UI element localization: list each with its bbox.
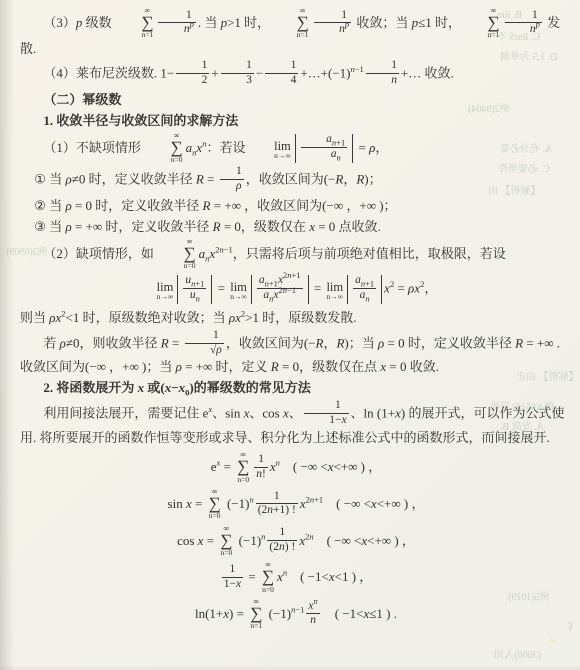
- text: =: [214, 281, 228, 296]
- radicand: ρ: [216, 343, 222, 356]
- sigma-icon: ∑: [147, 140, 183, 156]
- fraction: 1n: [366, 59, 399, 88]
- text: ② 当: [34, 198, 65, 213]
- text: = +∞ ，收敛区间为(−∞ ，+∞ )；: [211, 198, 397, 213]
- denominator: n: [306, 613, 319, 628]
- lim-subscript: n→∞: [230, 293, 247, 301]
- fraction: 11−x: [304, 399, 349, 428]
- text: ( −∞ <: [323, 496, 371, 511]
- text: 1: [246, 59, 252, 71]
- denominator: √ρ: [185, 343, 224, 358]
- absolute-value: un+1un: [177, 275, 212, 304]
- text: =: [203, 533, 217, 548]
- fraction: an+1an: [353, 274, 376, 303]
- sigma-icon: ∑: [262, 569, 274, 585]
- text: −1: [295, 605, 304, 615]
- denominator: (2n) !: [267, 540, 297, 555]
- sum-lower-limit: n=0: [160, 262, 195, 270]
- fraction: 1np: [158, 9, 195, 38]
- text: +1: [195, 279, 204, 289]
- numerator: 1: [256, 490, 298, 504]
- denominator: anx2n−1: [257, 288, 303, 303]
- eq-sin: sin x = ∞∑n=0 (−1)n1(2n+1) !x2n+1 ( −∞ <…: [20, 489, 572, 521]
- text: =: [311, 281, 325, 296]
- fraction: un+1un: [183, 274, 206, 303]
- text: = +∞ 时，定义: [182, 359, 271, 374]
- eq-geometric: 11−x = ∞∑n=0xn ( −1<x<1 ) ，: [20, 562, 572, 594]
- sum-lower-limit: n=0: [220, 549, 232, 557]
- fraction: 1n!: [254, 453, 268, 482]
- text: +1) !: [273, 504, 296, 516]
- text: ln(1+: [195, 606, 223, 621]
- math-var: x: [236, 578, 241, 590]
- sigma-icon: ∑: [220, 533, 232, 549]
- summation: ∞∑n=1: [273, 7, 309, 39]
- math-var: ρ: [216, 344, 222, 356]
- text: ，只需将后项与前项绝对值相比，取极限，若设: [233, 245, 506, 260]
- numerator: an+1: [301, 133, 347, 147]
- text: 2. 将函数展开为: [43, 380, 137, 395]
- text: (−1): [224, 496, 250, 511]
- denominator: n: [366, 73, 399, 88]
- denominator: 3: [221, 73, 254, 88]
- text: 1: [274, 490, 280, 502]
- subscript: n: [196, 293, 200, 303]
- math-var: R: [161, 335, 169, 350]
- text: 利用间接法展开，需要记住 e: [43, 405, 208, 420]
- text: (−1): [235, 533, 261, 548]
- superscript: n: [249, 495, 253, 505]
- numerator: 1: [176, 59, 209, 73]
- text: ：若设: [206, 140, 248, 155]
- text: =: [204, 172, 218, 187]
- text: )的幂级数的常见方法: [189, 380, 310, 395]
- sum-lower-limit: n=0: [147, 156, 182, 164]
- heading-expansion-method: 2. 将函数展开为 x 或(x−x0)的幂级数的常见方法: [20, 379, 572, 398]
- math-var: p: [190, 19, 194, 29]
- numerator: 1: [265, 59, 298, 73]
- absolute-value: an+1an: [347, 275, 382, 304]
- case-rho-infinity: ③ 当 ρ = +∞ 时，定义收敛半径 R = 0，级数仅在 x = 0 点收敛…: [20, 218, 572, 237]
- superscript: n: [261, 531, 265, 541]
- text: ≤1 时，: [418, 15, 461, 30]
- numerator: 1: [222, 563, 243, 577]
- numerator: xn: [306, 600, 319, 614]
- subscript: n+1: [265, 279, 278, 289]
- sigma-icon: ∑: [464, 15, 500, 31]
- text: = +∞ 时，定义收敛半径: [72, 219, 213, 234]
- eq-exp: ex = ∞∑n=01n!xn ( −∞ <x<+∞ ) ，: [20, 452, 572, 484]
- text: )；当: [344, 335, 378, 350]
- text: ，: [323, 335, 336, 350]
- text: 2: [202, 74, 208, 86]
- absolute-value: an+1an: [295, 134, 353, 163]
- eq-limit-ratio: limn→∞un+1un = limn→∞an+1x2n+1anx2n−1 = …: [20, 275, 572, 304]
- text: 若: [43, 335, 59, 350]
- text: ≠0 时，定义收敛半径: [72, 172, 196, 187]
- text: =: [169, 335, 183, 350]
- eq-ln: ln(1+x) = ∞∑n=1 (−1)n−1xnn ( −1<x≤1 ) .: [20, 599, 572, 631]
- denominator: 4: [265, 73, 298, 88]
- superscript: n−1: [351, 64, 364, 74]
- item-missing-case: （2）缺项情形，如 ∞∑n=0anx2n−1，只需将后项与前项绝对值相比，取极限…: [20, 239, 572, 271]
- text: 1: [230, 563, 236, 575]
- text: ) =: [229, 606, 247, 621]
- text: （2）缺项情形，如: [43, 245, 157, 260]
- superscript: n: [314, 596, 318, 606]
- fraction: an+1x2n+1anx2n−1: [257, 274, 303, 303]
- text: ，: [343, 172, 356, 187]
- sum-lower-limit: n=1: [273, 31, 308, 39]
- denominator: np: [314, 22, 351, 37]
- eq-cos: cos x = ∞∑n=0 (−1)n1(2n) !x2n ( −∞ <x<+∞…: [20, 526, 572, 558]
- fraction: xnn: [306, 600, 319, 629]
- text: （二）幂级数: [43, 92, 121, 107]
- text: −1: [224, 244, 233, 254]
- limit: limn→∞: [251, 140, 291, 160]
- superscript: 2n−1: [215, 244, 233, 254]
- subscript: n+1: [361, 279, 374, 289]
- sigma-icon: ∑: [273, 15, 309, 31]
- text: 、cos: [249, 405, 283, 420]
- text: cos: [177, 533, 198, 548]
- math-var: R: [213, 219, 221, 234]
- text: <1 时，原级数绝对收敛；当: [66, 310, 229, 325]
- text: −1: [355, 64, 364, 74]
- text: ① 当: [34, 172, 65, 187]
- numerator: 1: [220, 165, 244, 179]
- lim-subscript: n→∞: [157, 293, 174, 301]
- math-var: R: [515, 335, 523, 350]
- numerator: 1: [185, 329, 224, 343]
- fraction: 14: [265, 59, 298, 88]
- line-conclusion: 则当 ρx2<1 时，原级数绝对收敛；当 ρx2>1 时，原级数发散.: [20, 309, 572, 328]
- text: ) !: [285, 541, 296, 553]
- text: 1: [335, 399, 341, 411]
- heading-power-series: （二）幂级数: [20, 91, 572, 110]
- text: 3: [246, 74, 252, 86]
- summation: ∞∑n=1: [118, 7, 154, 39]
- text: sin: [168, 496, 186, 511]
- text: <1 ) ，: [335, 569, 373, 584]
- fraction: 1np: [505, 9, 542, 38]
- superscript: 2n+1: [306, 495, 324, 505]
- text: ≤1 ) .: [369, 606, 397, 621]
- sum-lower-limit: n=1: [464, 31, 499, 39]
- math-var: p: [536, 19, 540, 29]
- limit: limn→∞: [157, 281, 174, 301]
- text: 、ln (1+: [351, 405, 396, 420]
- text: !: [262, 468, 266, 480]
- text: <+∞ ) ，: [333, 459, 381, 474]
- math-var: n: [261, 531, 265, 541]
- math-var: x: [341, 414, 346, 426]
- subscript: n+1: [332, 138, 345, 148]
- text: ，收敛区间为(−: [226, 335, 316, 350]
- sigma-icon: ∑: [250, 606, 262, 622]
- superscript: 2n−1: [279, 285, 297, 295]
- numerator: 1: [366, 59, 399, 73]
- text: = 0，级数仅在点: [279, 359, 381, 374]
- summation: ∞∑n=1: [250, 598, 262, 630]
- fraction: 1(2n+1) !: [256, 490, 298, 519]
- math-var: p: [345, 19, 349, 29]
- text: ≠0，则收敛半径: [66, 335, 161, 350]
- page-content: （3）p 级数 ∞∑n=11np. 当 p>1 时，∞∑n=11np 收敛；当 …: [20, 6, 572, 670]
- text: 1. 收敛半径与收敛区间的求解方法: [43, 113, 238, 128]
- text: =: [220, 459, 234, 474]
- math-var: R: [271, 359, 279, 374]
- text: 1: [213, 329, 219, 341]
- case-rho-zero: ② 当 ρ = 0 时，定义收敛半径 R = +∞ ，收敛区间为(−∞ ，+∞ …: [20, 197, 572, 216]
- math-var: R: [196, 172, 204, 187]
- sigma-icon: ∑: [209, 496, 221, 512]
- math-var: n: [249, 495, 253, 505]
- superscript: 2n: [305, 531, 314, 541]
- summation: ∞∑n=0: [237, 451, 249, 483]
- denominator: 1−x: [304, 413, 349, 428]
- text: (2: [258, 504, 268, 516]
- scan-shadow-left: [0, 0, 14, 670]
- limit: limn→∞: [326, 281, 343, 301]
- denominator: an: [301, 147, 347, 162]
- text: >1 时，原级数发散.: [245, 310, 356, 325]
- para-rho-cases: 若 ρ≠0，则收敛半径 R = 1√ρ，收敛区间为(−R，R)；当 ρ = 0 …: [20, 330, 572, 377]
- text: 则当: [20, 310, 49, 325]
- superscript: p: [536, 19, 540, 29]
- text: >1 时，: [227, 15, 270, 30]
- text: ，: [424, 281, 437, 296]
- denominator: un: [183, 288, 206, 303]
- text: ，: [375, 140, 388, 155]
- case-rho-nonzero: ① 当 ρ≠0 时，定义收敛半径 R = 1ρ，收敛区间为(−R，R)；: [20, 166, 572, 195]
- text: 1: [202, 59, 208, 71]
- item-p-series: （3）p 级数 ∞∑n=11np. 当 p>1 时，∞∑n=11np 收敛；当 …: [20, 8, 572, 58]
- textbook-page: B. limC. limS 不D. 1,5 为单调例2(9404)A. 充分必要…: [0, 0, 580, 670]
- sum-lower-limit: n=1: [118, 31, 153, 39]
- text: = 0 时，定义收敛半径: [72, 198, 203, 213]
- heading-radius-method: 1. 收敛半径与收敛区间的求解方法: [20, 112, 572, 131]
- text: 1: [236, 165, 242, 177]
- text: <+∞ ) ，: [367, 533, 415, 548]
- math-var: ρ: [236, 180, 242, 192]
- text: =: [355, 140, 369, 155]
- fraction: 1ρ: [220, 165, 244, 194]
- sum-lower-limit: n=0: [237, 476, 249, 484]
- denominator: 2: [176, 73, 209, 88]
- math-var: R: [203, 198, 211, 213]
- text: 1: [279, 526, 285, 538]
- text: <+∞ ) ，: [377, 496, 425, 511]
- text: 1−: [329, 414, 341, 426]
- text: 1: [258, 453, 264, 465]
- math-var: n: [365, 293, 369, 303]
- para-indirect-method: 利用间接法展开，需要记住 ex、sin x、cos x、11−x、ln (1+x…: [20, 400, 572, 447]
- text: +1: [314, 495, 323, 505]
- text: = 0 时，定义收敛半径: [384, 335, 515, 350]
- math-var: n: [310, 614, 316, 626]
- text: +1: [336, 138, 345, 148]
- sigma-icon: ∑: [118, 15, 154, 31]
- fraction: an+1an: [301, 133, 347, 162]
- text: −1: [287, 285, 296, 295]
- text: . 当: [198, 15, 221, 30]
- text: ( −∞ <: [314, 533, 362, 548]
- text: ( −1<: [287, 569, 329, 584]
- denominator: n!: [254, 467, 268, 482]
- text: (2: [269, 541, 279, 553]
- summation: ∞∑n=0: [220, 525, 232, 557]
- text: )；: [364, 172, 381, 187]
- denominator: np: [158, 22, 195, 37]
- text: （3）: [43, 15, 76, 30]
- item-non-missing-case: （1）不缺项情形 ∞∑n=0anxn：若设 limn→∞an+1an = ρ，: [20, 133, 572, 165]
- text: +… 收敛.: [401, 66, 454, 81]
- square-root: √ρ: [210, 343, 222, 356]
- text: = 0 点收敛.: [315, 219, 381, 234]
- text: （1）不缺项情形: [43, 140, 144, 155]
- sigma-icon: ∑: [160, 246, 196, 262]
- numerator: 1: [254, 453, 268, 467]
- math-var: n: [196, 293, 200, 303]
- text: 1: [291, 59, 297, 71]
- text: =: [192, 496, 206, 511]
- fraction: 11−x: [222, 563, 243, 592]
- text: = 0，级数仅在: [221, 219, 310, 234]
- summation: ∞∑n=1: [464, 7, 500, 39]
- subscript: n: [336, 152, 340, 162]
- text: ( −∞ <: [280, 459, 328, 474]
- superscript: p: [345, 19, 349, 29]
- denominator: 1−x: [222, 577, 243, 592]
- numerator: 1: [267, 526, 297, 540]
- numerator: 1: [221, 59, 254, 73]
- text: +…+(−1): [300, 66, 350, 81]
- fraction: 12: [176, 59, 209, 88]
- text: −: [171, 380, 178, 395]
- superscript: 2n+1: [283, 271, 301, 281]
- subscript: n+1: [191, 279, 204, 289]
- text: 级数: [82, 15, 115, 30]
- math-var: n: [336, 152, 340, 162]
- text: （4）莱布尼茨级数. 1−: [43, 66, 174, 81]
- fraction: 1√ρ: [185, 329, 224, 358]
- numerator: an+1: [353, 274, 376, 288]
- lim-subscript: n→∞: [251, 152, 291, 160]
- summation: ∞∑n=0: [209, 488, 221, 520]
- text: ，收敛区间为(−: [246, 172, 336, 187]
- text: = 0 收敛.: [386, 359, 439, 374]
- limit: limn→∞: [230, 281, 247, 301]
- text: =: [245, 569, 259, 584]
- sum-lower-limit: n=1: [250, 622, 262, 630]
- sum-lower-limit: n=0: [262, 586, 274, 594]
- text: 或(: [144, 380, 165, 395]
- fraction: 1np: [314, 9, 351, 38]
- sum-lower-limit: n=0: [209, 512, 221, 520]
- summation: ∞∑n=0: [262, 561, 274, 593]
- denominator: an: [353, 288, 376, 303]
- text: 收敛；当: [353, 15, 412, 30]
- denominator: ρ: [220, 179, 244, 194]
- denominator: np: [505, 22, 542, 37]
- text: 1: [391, 59, 397, 71]
- text: ③ 当: [34, 219, 65, 234]
- fraction: 1(2n) !: [267, 526, 297, 555]
- text: (−1): [265, 606, 291, 621]
- absolute-value: an+1x2n+1anx2n−1: [251, 275, 309, 304]
- math-var: n: [314, 596, 318, 606]
- text: 4: [291, 74, 297, 86]
- superscript: n−1: [291, 605, 304, 615]
- numerator: 1: [304, 399, 349, 413]
- text: 、: [289, 405, 302, 420]
- text: +1: [269, 279, 278, 289]
- summation: ∞∑n=0: [160, 238, 196, 270]
- numerator: un+1: [183, 274, 206, 288]
- text: ( −1<: [322, 606, 364, 621]
- text: =: [394, 281, 408, 296]
- sigma-icon: ∑: [237, 459, 249, 475]
- superscript: p: [190, 19, 194, 29]
- item-leibniz-series: （4）莱布尼茨级数. 1−12+13−14+…+(−1)n−11n+… 收敛.: [20, 60, 572, 89]
- text: 、sin: [212, 405, 243, 420]
- text: +1: [292, 271, 301, 281]
- fraction: 13: [221, 59, 254, 88]
- denominator: (2n+1) !: [256, 503, 298, 518]
- text: 1−: [224, 578, 236, 590]
- lim-subscript: n→∞: [326, 293, 343, 301]
- summation: ∞∑n=0: [147, 132, 183, 164]
- text: −: [256, 66, 263, 81]
- subscript: n: [365, 293, 369, 303]
- text: +: [211, 66, 218, 81]
- math-var: n: [391, 74, 397, 86]
- text: +1: [365, 279, 374, 289]
